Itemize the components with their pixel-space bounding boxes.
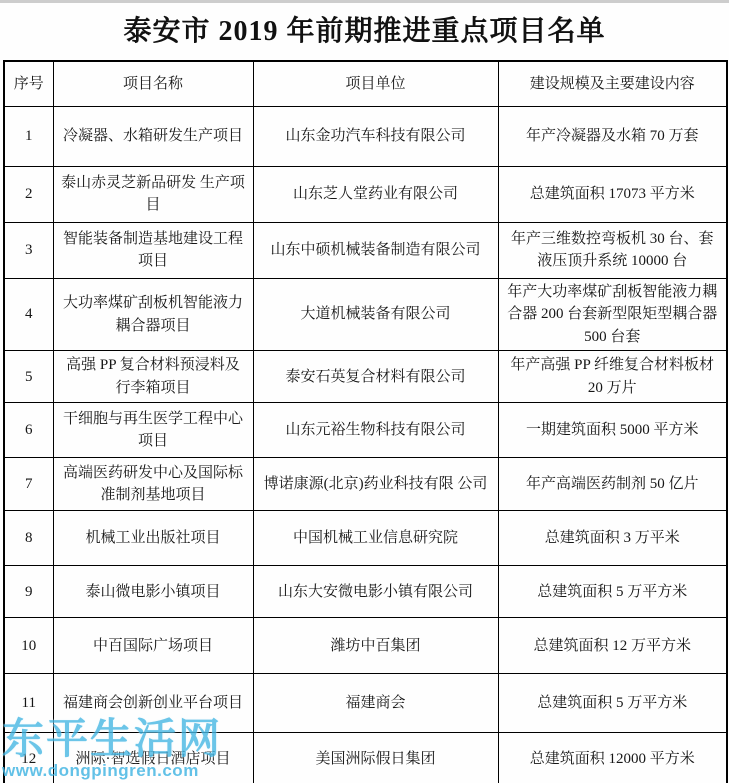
header-name: 项目名称 — [53, 61, 253, 106]
cell-name: 机械工业出版社项目 — [53, 511, 253, 566]
cell-unit: 博诺康源(北京)药业科技有限 公司 — [253, 458, 498, 511]
cell-name: 高强 PP 复合材料预浸料及 行李箱项目 — [53, 351, 253, 403]
table-row: 10 中百国际广场项目 潍坊中百集团 总建筑面积 12 万平方米 — [4, 618, 727, 674]
header-unit: 项目单位 — [253, 61, 498, 106]
cell-scale: 总建筑面积 17073 平方米 — [498, 166, 727, 222]
cell-scale: 年产高强 PP 纤维复合材料板材 20 万片 — [498, 351, 727, 403]
cell-unit: 泰安石英复合材料有限公司 — [253, 351, 498, 403]
cell-scale: 总建筑面积 5 万平方米 — [498, 674, 727, 733]
cell-no: 10 — [4, 618, 53, 674]
cell-name: 干细胞与再生医学工程中心项目 — [53, 403, 253, 458]
cell-scale: 总建筑面积 12 万平方米 — [498, 618, 727, 674]
page-title: 泰安市 2019 年前期推进重点项目名单 — [0, 14, 729, 50]
cell-no: 7 — [4, 458, 53, 511]
project-table: 序号 项目名称 项目单位 建设规模及主要建设内容 1 冷凝器、水箱研发生产项目 … — [3, 60, 728, 783]
header-scale: 建设规模及主要建设内容 — [498, 61, 727, 106]
cell-name: 泰山微电影小镇项目 — [53, 566, 253, 618]
table-row: 11 福建商会创新创业平台项目 福建商会 总建筑面积 5 万平方米 — [4, 674, 727, 733]
cell-no: 4 — [4, 278, 53, 351]
cell-scale: 年产冷凝器及水箱 70 万套 — [498, 106, 727, 166]
table-row: 9 泰山微电影小镇项目 山东大安微电影小镇有限公司 总建筑面积 5 万平方米 — [4, 566, 727, 618]
cell-unit: 山东元裕生物科技有限公司 — [253, 403, 498, 458]
cell-no: 3 — [4, 222, 53, 278]
cell-unit: 山东芝人堂药业有限公司 — [253, 166, 498, 222]
cell-unit: 中国机械工业信息研究院 — [253, 511, 498, 566]
cell-scale: 年产高端医药制剂 50 亿片 — [498, 458, 727, 511]
cell-unit: 大道机械装备有限公司 — [253, 278, 498, 351]
cell-name: 智能装备制造基地建设工程项目 — [53, 222, 253, 278]
cell-no: 9 — [4, 566, 53, 618]
table-row: 4 大功率煤矿刮板机智能液力耦合器项目 大道机械装备有限公司 年产大功率煤矿刮板… — [4, 278, 727, 351]
scan-edge-strip — [0, 0, 729, 3]
cell-name: 冷凝器、水箱研发生产项目 — [53, 106, 253, 166]
cell-name: 泰山赤灵芝新品研发 生产项目 — [53, 166, 253, 222]
cell-name: 大功率煤矿刮板机智能液力耦合器项目 — [53, 278, 253, 351]
cell-name: 洲际·智选假日酒店项目 — [53, 733, 253, 783]
table-row: 12 洲际·智选假日酒店项目 美国洲际假日集团 总建筑面积 12000 平方米 — [4, 733, 727, 783]
cell-no: 12 — [4, 733, 53, 783]
cell-no: 8 — [4, 511, 53, 566]
header-no: 序号 — [4, 61, 53, 106]
table-row: 5 高强 PP 复合材料预浸料及 行李箱项目 泰安石英复合材料有限公司 年产高强… — [4, 351, 727, 403]
cell-scale: 总建筑面积 5 万平方米 — [498, 566, 727, 618]
cell-unit: 山东金功汽车科技有限公司 — [253, 106, 498, 166]
cell-scale: 年产大功率煤矿刮板智能液力耦合器 200 台套新型限矩型耦合器 500 台套 — [498, 278, 727, 351]
table-row: 3 智能装备制造基地建设工程项目 山东中硕机械装备制造有限公司 年产三维数控弯板… — [4, 222, 727, 278]
cell-scale: 总建筑面积 3 万平米 — [498, 511, 727, 566]
cell-no: 11 — [4, 674, 53, 733]
cell-unit: 山东中硕机械装备制造有限公司 — [253, 222, 498, 278]
cell-scale: 一期建筑面积 5000 平方米 — [498, 403, 727, 458]
table-header-row: 序号 项目名称 项目单位 建设规模及主要建设内容 — [4, 61, 727, 106]
cell-unit: 潍坊中百集团 — [253, 618, 498, 674]
table-row: 6 干细胞与再生医学工程中心项目 山东元裕生物科技有限公司 一期建筑面积 500… — [4, 403, 727, 458]
table-row: 7 高端医药研发中心及国际标准制剂基地项目 博诺康源(北京)药业科技有限 公司 … — [4, 458, 727, 511]
cell-scale: 总建筑面积 12000 平方米 — [498, 733, 727, 783]
table-row: 2 泰山赤灵芝新品研发 生产项目 山东芝人堂药业有限公司 总建筑面积 17073… — [4, 166, 727, 222]
cell-no: 6 — [4, 403, 53, 458]
cell-name: 高端医药研发中心及国际标准制剂基地项目 — [53, 458, 253, 511]
cell-name: 福建商会创新创业平台项目 — [53, 674, 253, 733]
cell-scale: 年产三维数控弯板机 30 台、套液压顶升系统 10000 台 — [498, 222, 727, 278]
cell-no: 2 — [4, 166, 53, 222]
cell-unit: 山东大安微电影小镇有限公司 — [253, 566, 498, 618]
table-row: 8 机械工业出版社项目 中国机械工业信息研究院 总建筑面积 3 万平米 — [4, 511, 727, 566]
table-row: 1 冷凝器、水箱研发生产项目 山东金功汽车科技有限公司 年产冷凝器及水箱 70 … — [4, 106, 727, 166]
cell-unit: 美国洲际假日集团 — [253, 733, 498, 783]
cell-no: 1 — [4, 106, 53, 166]
cell-unit: 福建商会 — [253, 674, 498, 733]
cell-no: 5 — [4, 351, 53, 403]
cell-name: 中百国际广场项目 — [53, 618, 253, 674]
